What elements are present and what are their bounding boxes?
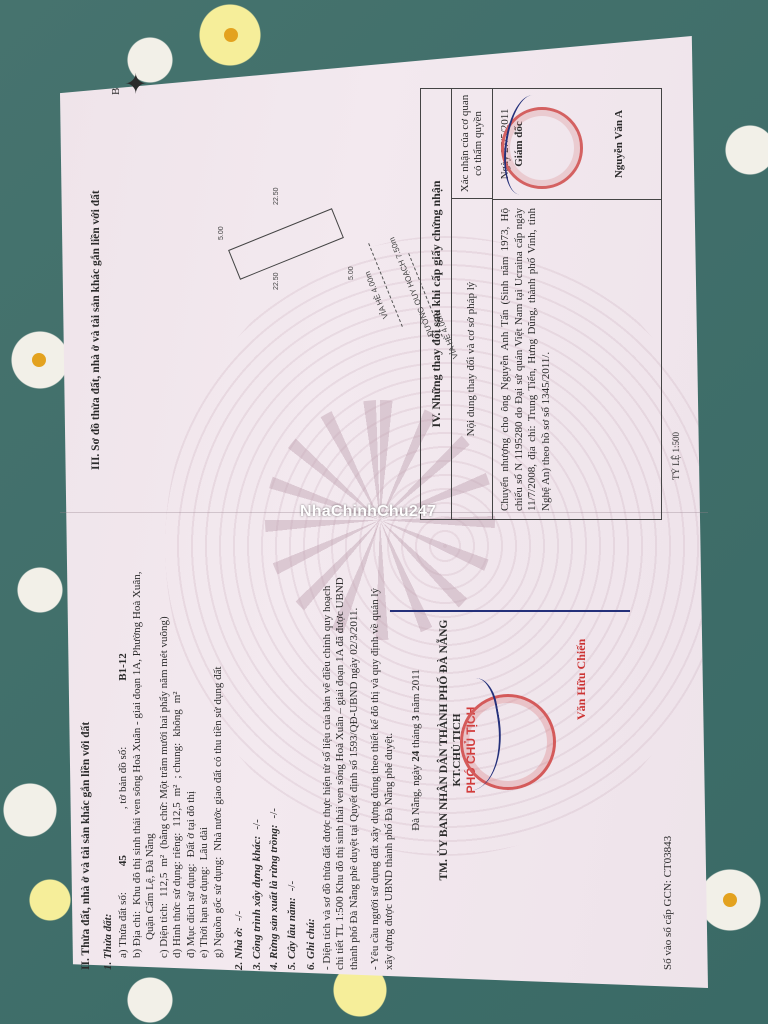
gcn-number: CT03843	[662, 836, 674, 878]
plot-dim-left: 22.50	[270, 272, 284, 290]
note-2: - Yêu cầu người sử dụng đất xây dựng đún…	[369, 570, 396, 970]
section-iii-title: III. Sơ đồ thửa đất, nhà ở và tài sản kh…	[90, 190, 104, 470]
north-label: B	[110, 88, 122, 95]
purpose-row: đ) Mục đích sử dụng: Đất ở tại đô thị	[185, 540, 199, 970]
perennial-row: 5. Cây lâu năm: -/-	[286, 540, 300, 970]
gcn-entry: Số vào sổ cấp GCN: CT03843	[662, 836, 676, 970]
compass-rose-icon: ✦	[124, 72, 152, 95]
issue-date: Đà Nẵng, ngày 24 tháng 3 năm 2011	[410, 560, 424, 940]
document-content-rotated: II. Thửa đất, nhà ở và tài sản khác gắn …	[70, 70, 690, 1000]
change-confirmation: Ngày 27/5/2011 Giám đốc Nguyễn Văn A	[493, 89, 661, 199]
area-value: 112,5	[158, 873, 172, 897]
signer-name: Văn Hữu Chiến	[575, 639, 589, 720]
notes: 6. Ghi chú: - Diện tích và sơ đồ thửa đấ…	[305, 570, 396, 970]
plot-dim-top: 5.00	[215, 226, 229, 240]
land-number: 45	[117, 855, 131, 886]
flower-decoration	[32, 353, 46, 367]
land-heading: 1. Thửa đất:	[102, 540, 116, 970]
section-ii: II. Thửa đất, nhà ở và tài sản khác gắn …	[80, 540, 404, 970]
watermark-text: NhaChinhChu247	[300, 503, 436, 521]
col-confirm-header: Xác nhận của cơ quan có thẩm quyền	[452, 89, 492, 198]
address-value: Khu đô thị sinh thái ven sông Hoà Xuân -…	[131, 571, 145, 905]
term-row: e) Thời hạn sử dụng: Lâu dài	[198, 540, 212, 970]
compass: B ✦	[110, 72, 152, 95]
changes-table-header: Nội dung thay đổi và cơ sở pháp lý Xác n…	[452, 89, 493, 519]
flower-decoration	[224, 28, 238, 42]
other-construction-row: 3. Công trình xây dựng khác: -/-	[251, 540, 265, 970]
land-number-row: a) Thửa đất số: 45 , tờ bản đồ số: B1-12	[117, 540, 131, 970]
confirm-name: Nguyễn Văn A	[613, 89, 627, 199]
change-content: Chuyển nhượng cho ông Nguyễn Anh Tấn (Si…	[493, 199, 661, 519]
area-row: c) Diện tích: 112,5 m² (bằng chữ: Một tr…	[158, 540, 172, 970]
land-plot-outline	[228, 208, 344, 280]
map-scale: TỶ LỆ 1:500	[670, 432, 684, 480]
section-ii-title: II. Thửa đất, nhà ở và tài sản khác gắn …	[80, 540, 94, 970]
house-row: 2. Nhà ở: -/-	[233, 540, 247, 970]
signature-stroke	[390, 610, 630, 612]
address-row: b) Địa chỉ: Khu đô thị sinh thái ven sôn…	[131, 540, 145, 970]
plot-dim-bottom: 5.00	[345, 266, 359, 280]
section-iv-title: IV. Những thay đổi sau khi cấp giấy chứn…	[421, 89, 452, 519]
issuer-signature: Đà Nẵng, ngày 24 tháng 3 năm 2011 TM. ỦY…	[410, 560, 478, 940]
usage-form-row: d) Hình thức sử dụng: riêng: 112,5 m² ; …	[171, 540, 185, 970]
changes-table: IV. Những thay đổi sau khi cấp giấy chứn…	[420, 88, 662, 520]
col-content-header: Nội dung thay đổi và cơ sở pháp lý	[452, 198, 492, 519]
area-in-words: (bằng chữ: Một trăm mười hai phẩy năm mé…	[158, 616, 172, 849]
origin-row: g) Nguồn gốc sử dụng: Nhà nước giao đất …	[212, 540, 226, 970]
sidewalk-label-1: VỈA HÈ 4.00m	[361, 269, 392, 321]
changes-table-row: Chuyển nhượng cho ông Nguyễn Anh Tấn (Si…	[493, 89, 661, 519]
plot-dim-right: 22.50	[270, 187, 284, 205]
address-value-2: Quận Cẩm Lệ, Đà Nẵng	[144, 540, 158, 970]
map-sheet-number: B1-12	[117, 653, 131, 741]
note-1: - Diện tích và sơ đồ thửa đất được thực …	[321, 570, 362, 970]
forest-row: 4. Rừng sản xuất là rừng trồng: -/-	[268, 540, 282, 970]
flower-decoration	[723, 893, 737, 907]
